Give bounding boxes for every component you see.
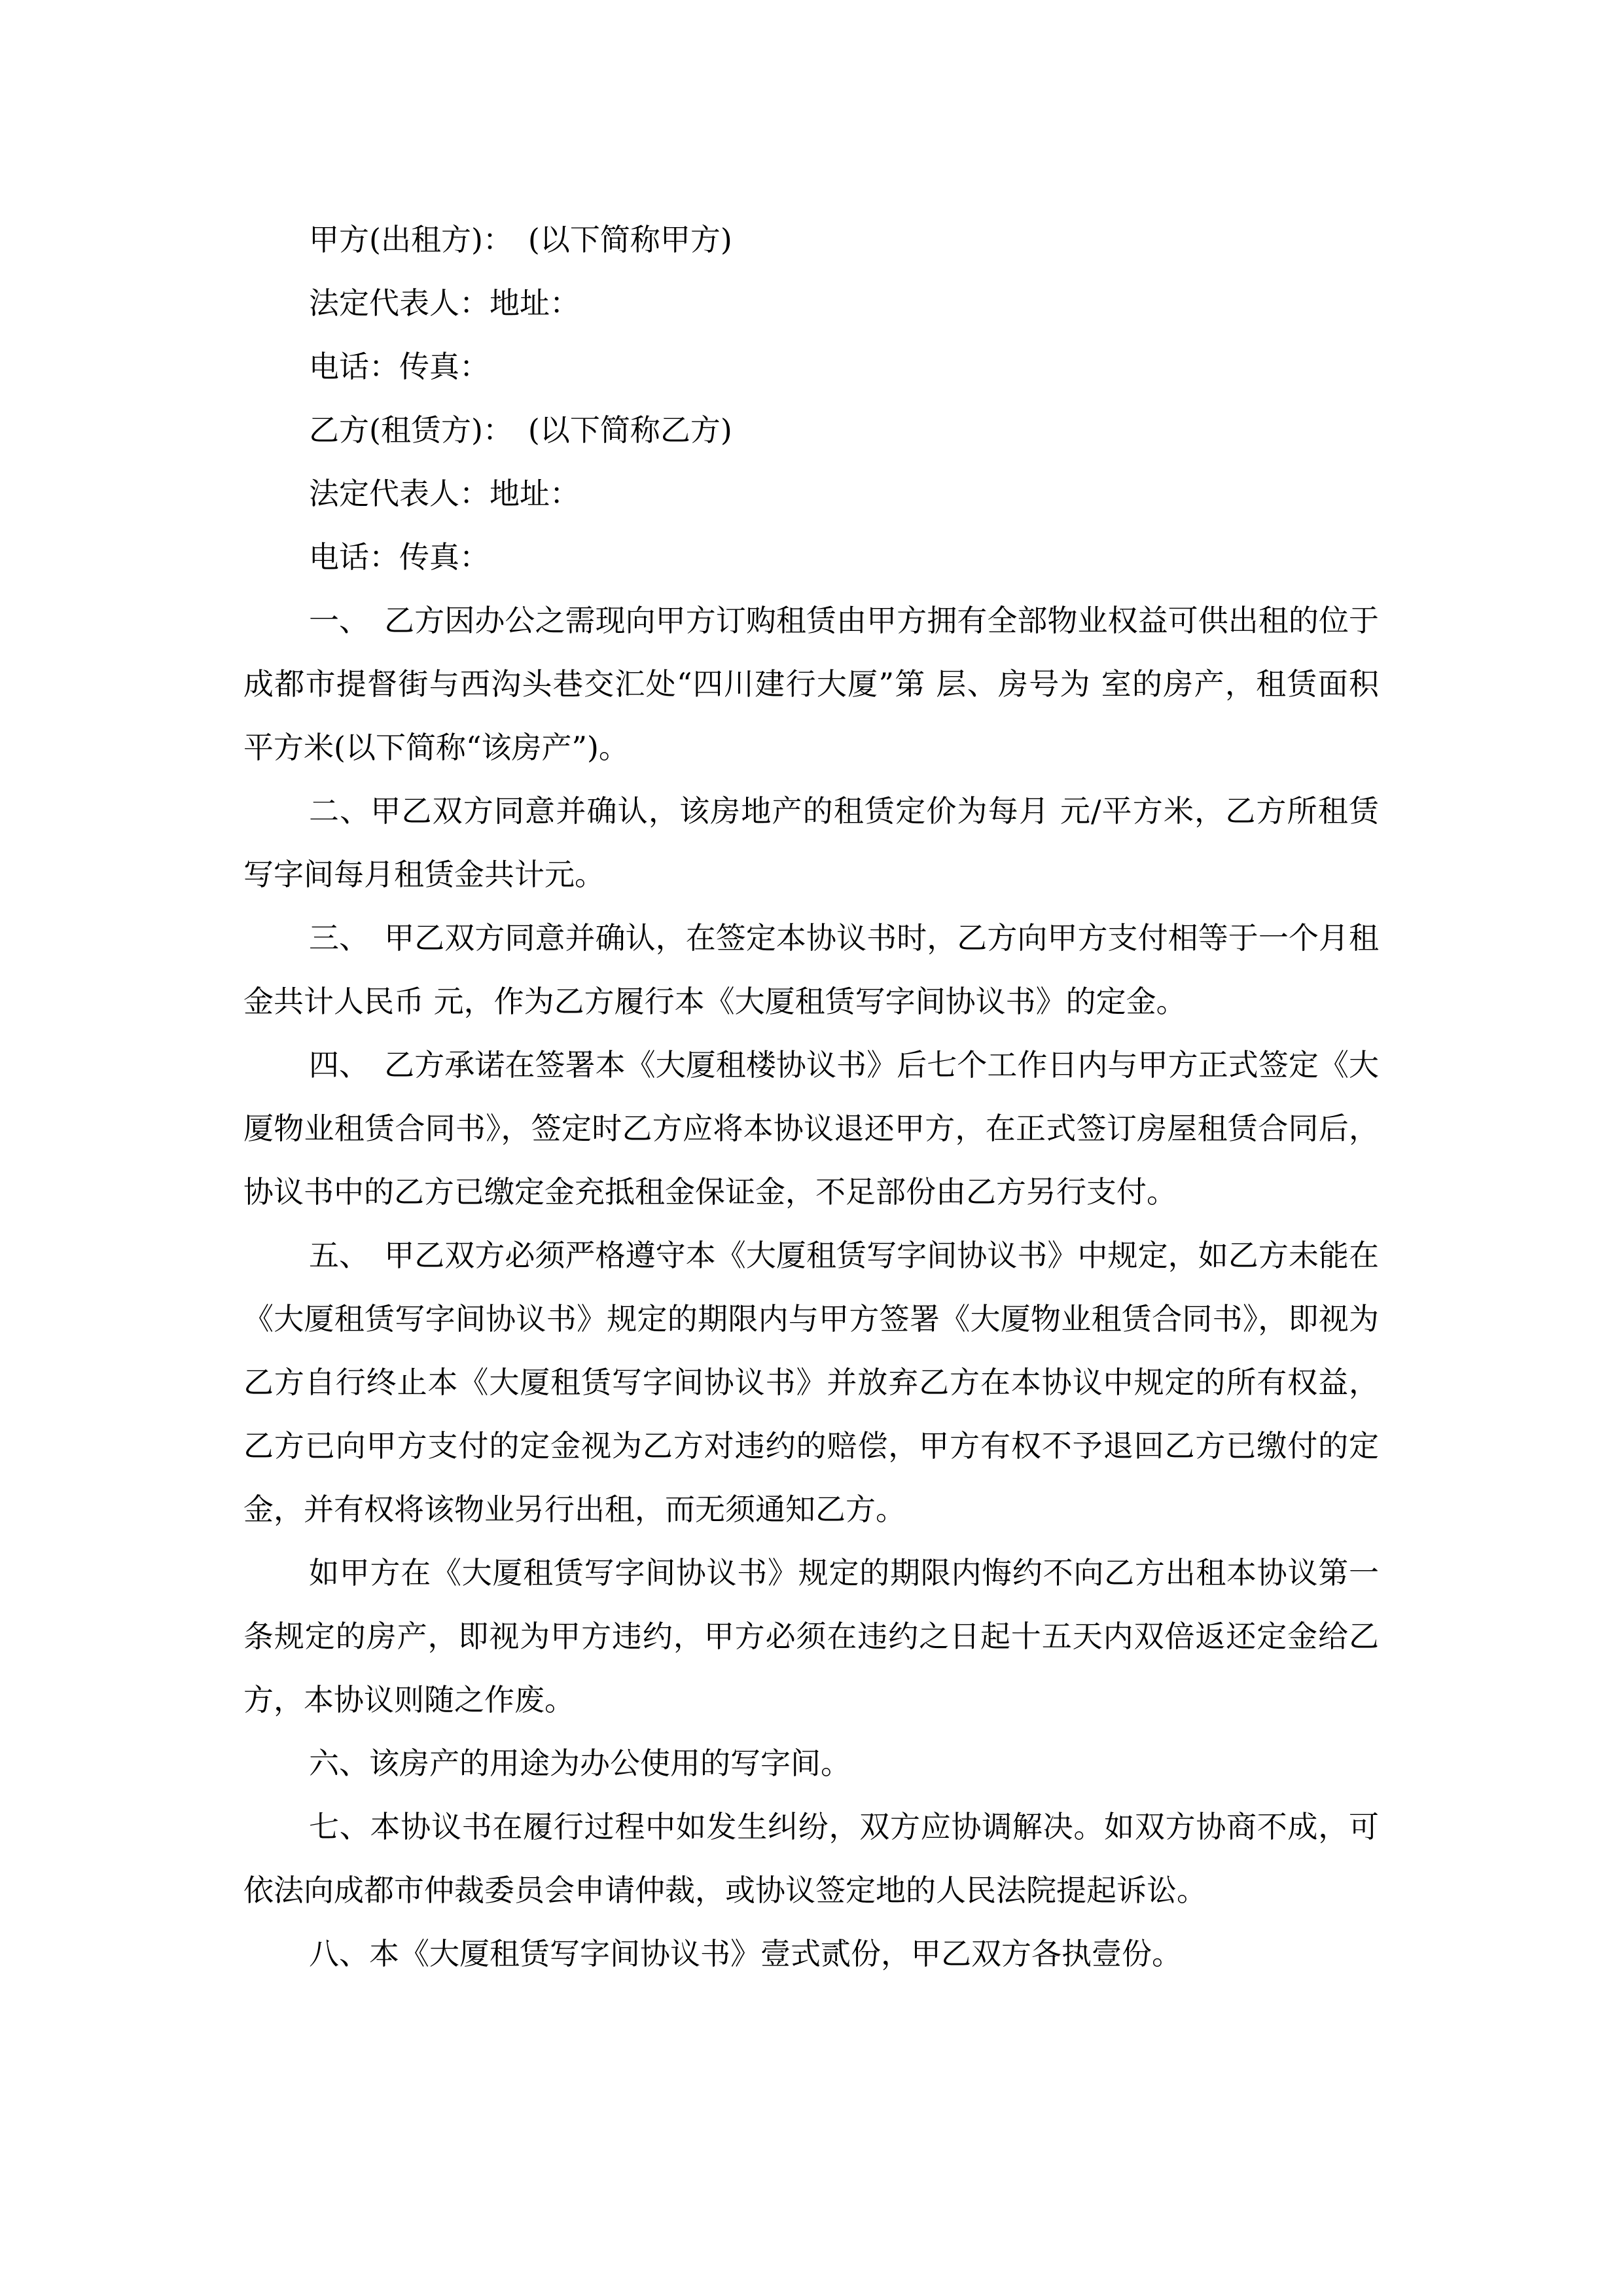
lessor-phone-fax-line: 电话：传真： (243, 335, 1379, 399)
clause-4: 四、 乙方承诺在签署本《大厦租楼协议书》后七个工作日内与甲方正式签定《大厦物业租… (243, 1033, 1379, 1224)
lessor-party-line: 甲方(出租方)： (以下简称甲方) (243, 208, 1379, 272)
clause-2: 二、甲乙双方同意并确认，该房地产的租赁定价为每月 元/平方米，乙方所租赁写字间每… (243, 780, 1379, 906)
lessor-representative-address-line: 法定代表人：地址： (243, 272, 1379, 335)
clause-8: 八、本《大厦租赁写字间协议书》壹式贰份，甲乙双方各执壹份。 (243, 1922, 1379, 1986)
lessee-phone-fax-line: 电话：传真： (243, 526, 1379, 589)
clause-1: 一、 乙方因办公之需现向甲方订购租赁由甲方拥有全部物业权益可供出租的位于成都市提… (243, 589, 1379, 780)
clause-3: 三、 甲乙双方同意并确认，在签定本协议书时，乙方向甲方支付相等于一个月租金共计人… (243, 906, 1379, 1033)
document-page: 甲方(出租方)： (以下简称甲方) 法定代表人：地址： 电话：传真： 乙方(租赁… (243, 208, 1379, 1986)
clause-5: 五、 甲乙双方必须严格遵守本《大厦租赁写字间协议书》中规定，如乙方未能在《大厦租… (243, 1224, 1379, 1541)
lessee-party-line: 乙方(租赁方)： (以下简称乙方) (243, 399, 1379, 462)
clause-6: 六、该房产的用途为办公使用的写字间。 (243, 1732, 1379, 1795)
clause-5-supplement: 如甲方在《大厦租赁写字间协议书》规定的期限内悔约不向乙方出租本协议第一条规定的房… (243, 1541, 1379, 1732)
lessee-representative-address-line: 法定代表人：地址： (243, 462, 1379, 526)
clause-7: 七、本协议书在履行过程中如发生纠纷，双方应协调解决。如双方协商不成，可依法向成都… (243, 1795, 1379, 1922)
